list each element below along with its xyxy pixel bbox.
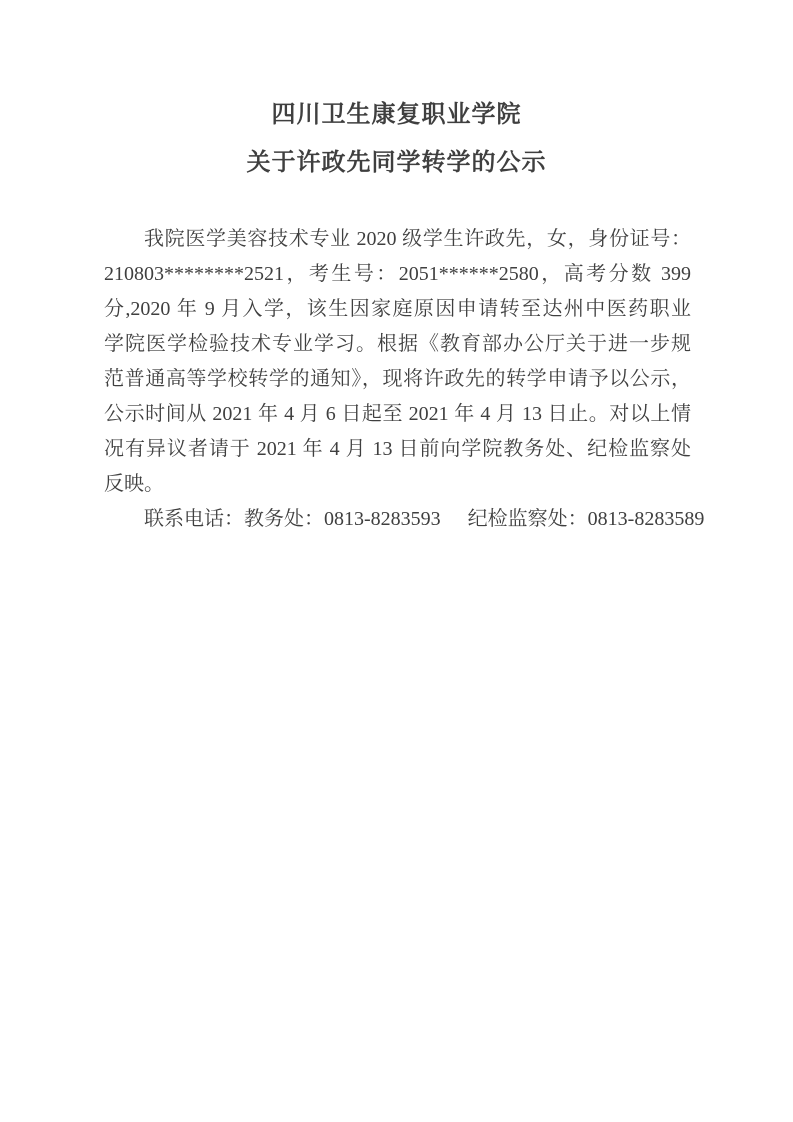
contact-office1-phone: 教务处：0813-8283593 <box>244 508 441 530</box>
body-line-6: 公示时间从 2021 年 4 月 6 日起至 2021 年 4 月 13 日止。… <box>104 397 691 432</box>
document-body: 我院医学美容技术专业 2020 级学生许政先，女，身份证号： 210803***… <box>104 222 691 537</box>
document-page: 四川卫生康复职业学院 关于许政先同学转学的公示 我院医学美容技术专业 2020 … <box>0 0 793 1122</box>
contact-label: 联系电话： <box>144 508 244 530</box>
contact-office2-phone: 纪检监察处：0813-8283589 <box>468 508 705 530</box>
document-title-line1: 四川卫生康复职业学院 <box>0 91 793 139</box>
body-line-2: 210803********2521，考生号：2051******2580，高考… <box>104 257 691 292</box>
body-line-3: 分,2020 年 9 月入学，该生因家庭原因申请转至达州中医药职业 <box>104 292 691 327</box>
contact-line: 联系电话：教务处：0813-8283593纪检监察处：0813-8283589 <box>104 502 691 537</box>
body-line-7: 况有异议者请于 2021 年 4 月 13 日前向学院教务处、纪检监察处 <box>104 432 691 467</box>
body-line-4: 学院医学检验技术专业学习。根据《教育部办公厅关于进一步规 <box>104 327 691 362</box>
document-title-line2: 关于许政先同学转学的公示 <box>0 139 793 187</box>
body-line-5: 范普通高等学校转学的通知》，现将许政先的转学申请予以公示， <box>104 362 691 397</box>
body-line-8: 反映。 <box>104 467 691 502</box>
document-title-block: 四川卫生康复职业学院 关于许政先同学转学的公示 <box>0 91 793 187</box>
body-line-1: 我院医学美容技术专业 2020 级学生许政先，女，身份证号： <box>104 222 691 257</box>
